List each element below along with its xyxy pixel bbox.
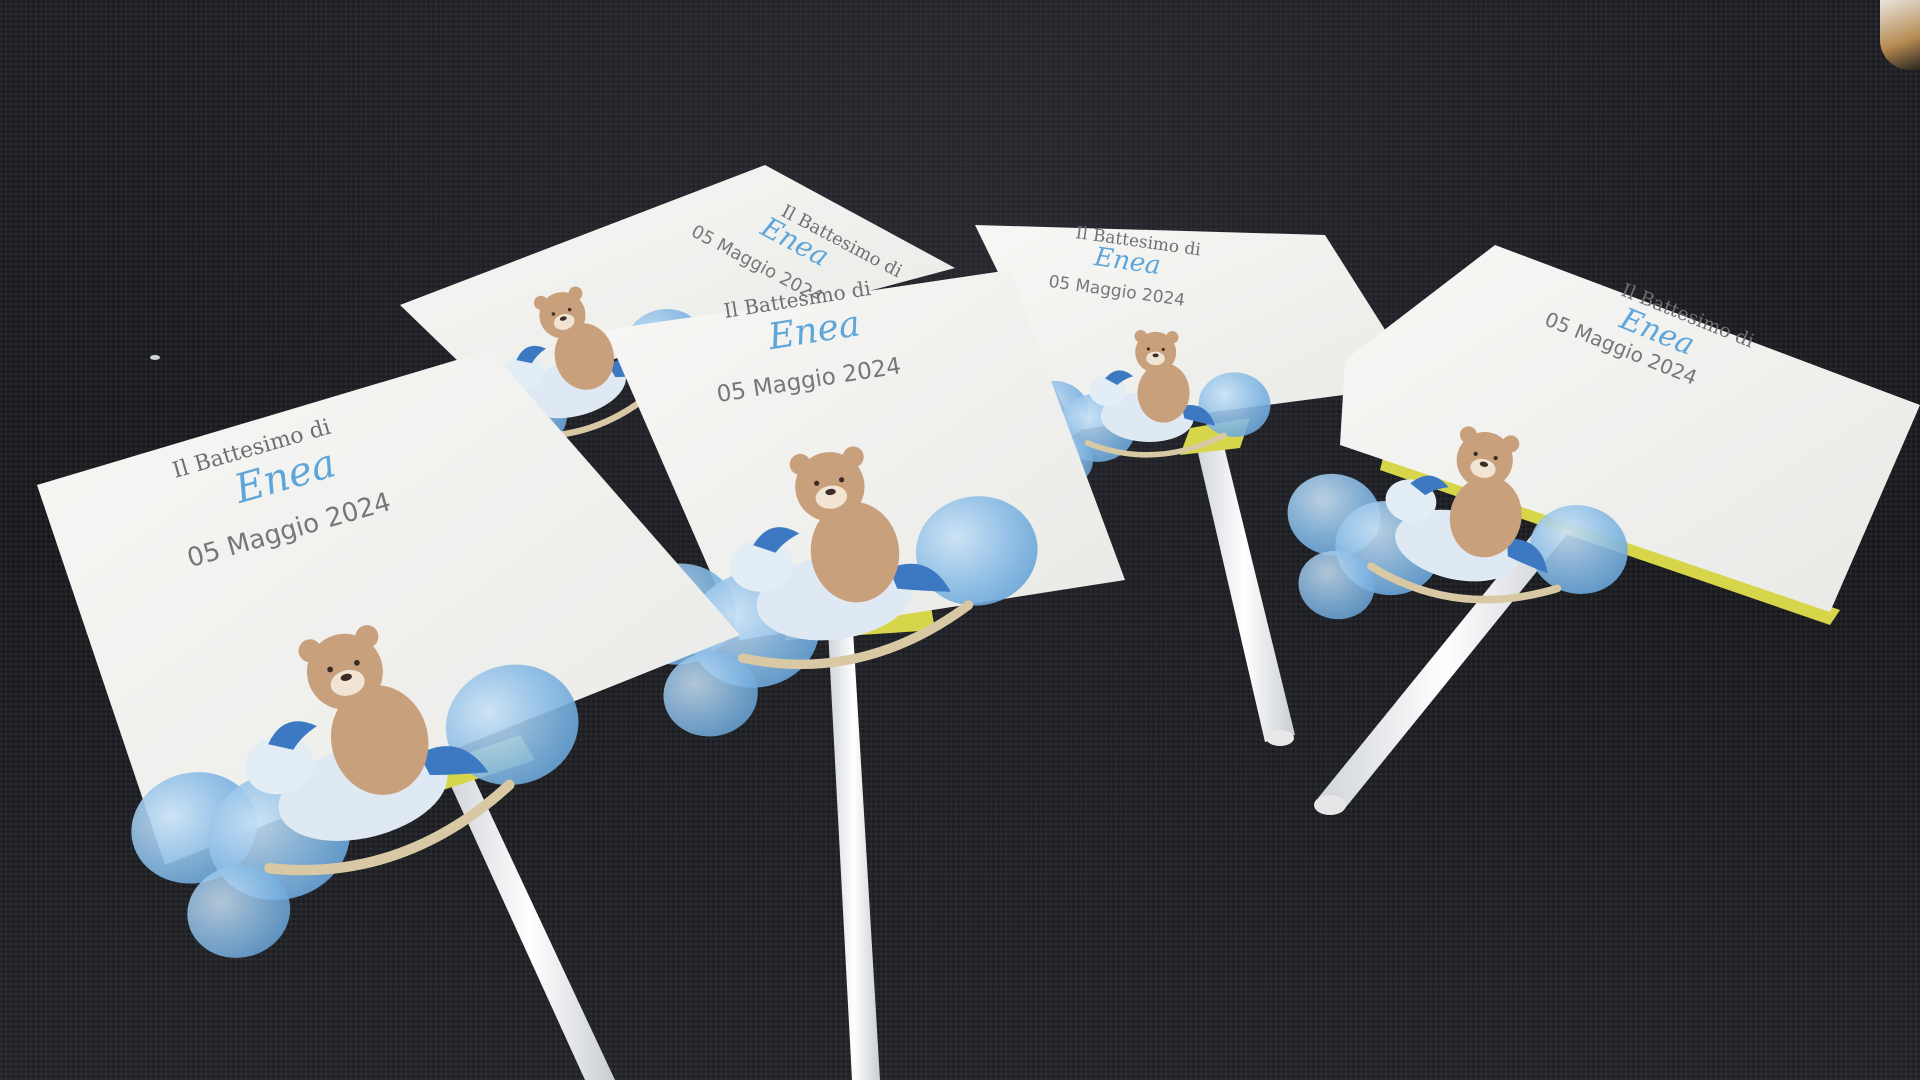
lollipop-front-left: Il Battesimo di Enea 05 Maggio 2024 (37, 350, 740, 977)
photo-scene: Il Battesimo di Enea 05 Maggio 2024 Il B… (0, 0, 1920, 1080)
lollipops-illustration: Il Battesimo di Enea 05 Maggio 2024 Il B… (0, 0, 1920, 1080)
